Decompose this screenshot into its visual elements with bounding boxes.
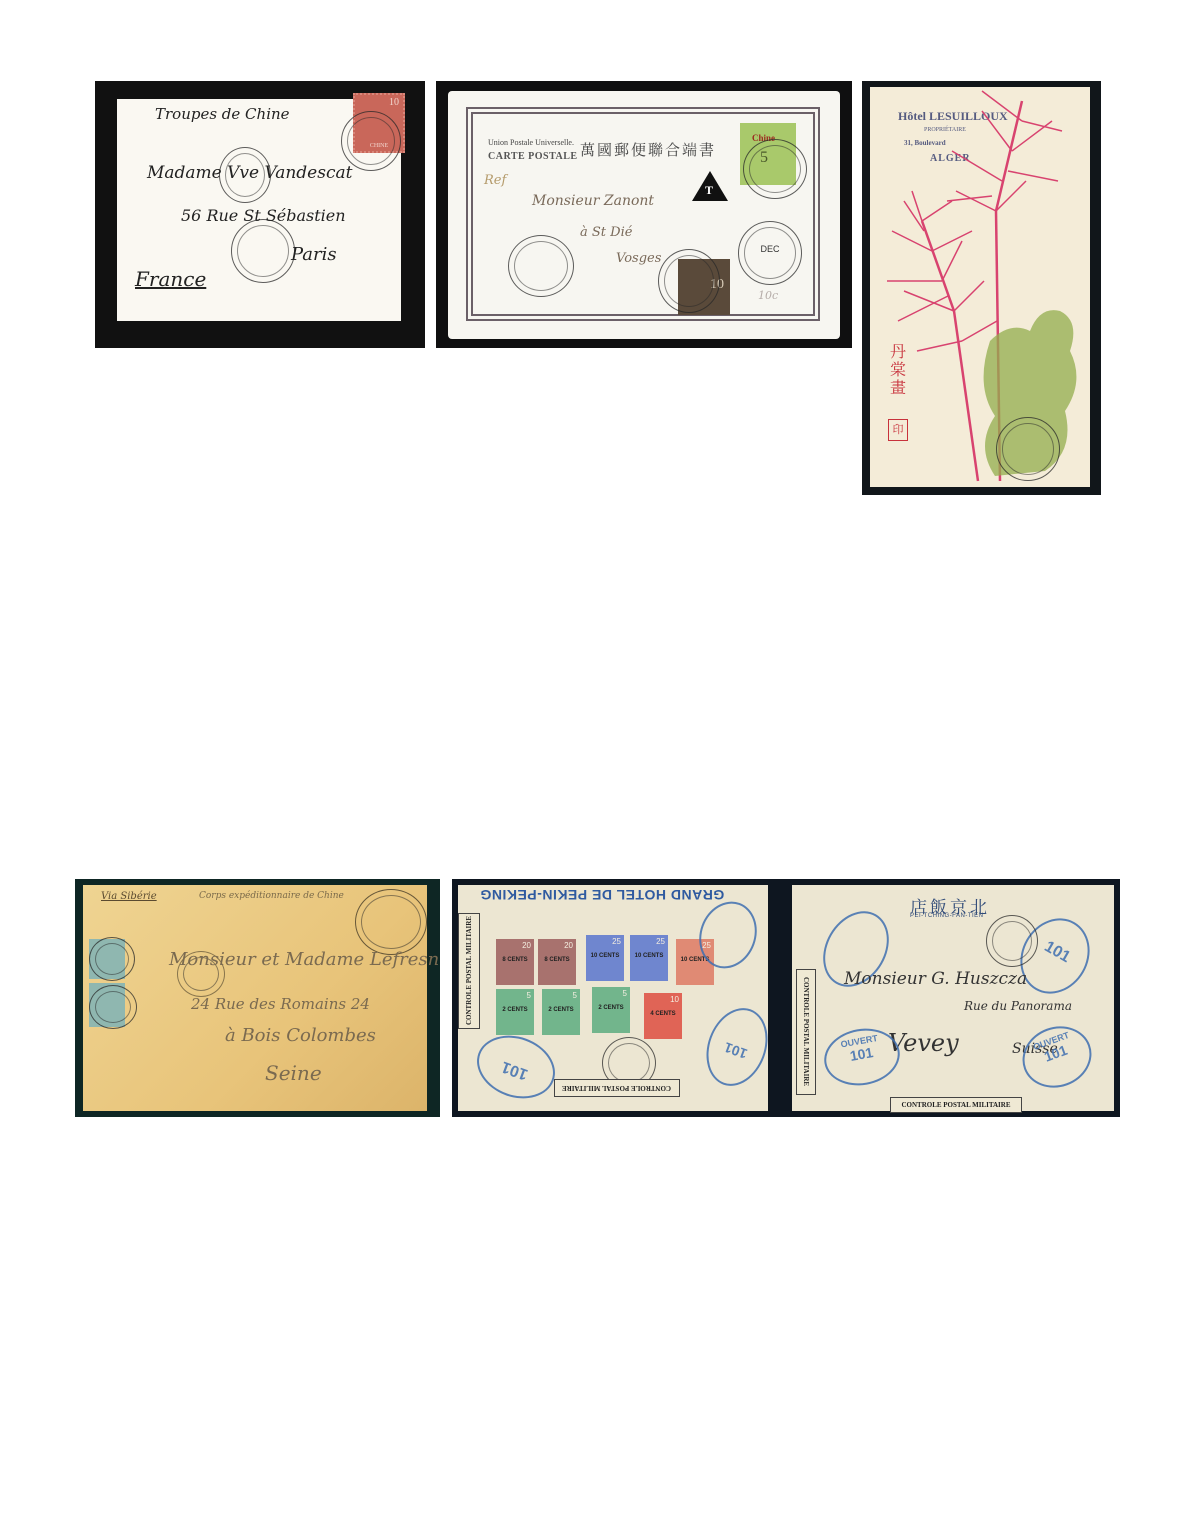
union-text: Union Postale Universelle.: [488, 138, 574, 147]
route-note: Via Sibérie: [101, 891, 157, 902]
hotel-romanized-name: PEI-TCHING-FAN-TIEN: [910, 913, 984, 919]
stamp-block: 208 CENTS208 CENTS2510 CENTS2510 CENTS25…: [496, 939, 726, 1039]
address-line-2: Rue du Panorama: [964, 999, 1072, 1013]
address-line-3: Paris: [291, 244, 337, 265]
photo-siberie-cover: Via Sibérie Corps expéditionnaire de Chi…: [75, 879, 440, 1117]
stamp: 52 CENTS: [542, 989, 580, 1035]
address-line-1: Monsieur G. Huszcza: [844, 969, 1027, 989]
address-line-1: Madame Vve Vandescat: [147, 163, 352, 183]
address-line-3: à Bois Colombes: [225, 1025, 376, 1046]
postmark-st-die: [508, 235, 574, 297]
side-note: Ref: [484, 173, 506, 188]
address-line-3: Vosges: [616, 251, 661, 266]
chinese-title: 萬國郵便聯合端書: [580, 139, 716, 160]
stamp: 2510 CENTS: [630, 935, 668, 981]
censor-label-bottom-front: CONTROLE POSTAL MILITAIRE: [890, 1097, 1022, 1113]
card-title: CARTE POSTALE: [488, 151, 578, 162]
postmark-peking: [986, 915, 1038, 967]
postmark: [355, 889, 427, 955]
stamp: 104 CENTS: [644, 993, 682, 1039]
address-line-2: 24 Rue des Romains 24: [191, 995, 370, 1013]
postmark-st-die-2: [658, 249, 720, 313]
address-line-1: Monsieur et Madame Lefresne: [169, 949, 440, 970]
pencil-note: 10c: [758, 289, 778, 302]
seal: 印: [888, 419, 908, 441]
stamp: 208 CENTS: [538, 939, 576, 985]
stamp: 208 CENTS: [496, 939, 534, 985]
hotel-banner: GRAND HOTEL DE PEKIN-PEKING: [480, 887, 724, 903]
censor-label-front: CONTROLE POSTAL MILITAIRE: [796, 969, 816, 1095]
stamp: 2510 CENTS: [586, 935, 624, 981]
photo-bamboo-cover: Hôtel LESUILLOUX PROPRIÉTAIRE 31, Boulev…: [862, 81, 1101, 495]
header-note: Corps expéditionnaire de Chine: [199, 891, 344, 901]
header-note: Troupes de Chine: [155, 105, 290, 123]
tax-mark: T: [692, 171, 728, 201]
censor-label-bottom: CONTROLE POSTAL MILITAIRE: [554, 1079, 680, 1097]
photo-grand-hotel-covers: GRAND HOTEL DE PEKIN-PEKING CONTROLE POS…: [452, 879, 1120, 1117]
stamp: 52 CENTS: [496, 989, 534, 1035]
censor-label-back: CONTROLE POSTAL MILITAIRE: [458, 913, 480, 1029]
stamp: 52 CENTS: [592, 987, 630, 1033]
postmark-peking-dec: DEC: [738, 221, 802, 285]
country: France: [135, 267, 206, 291]
postmark: [231, 219, 295, 283]
postmark: [341, 111, 401, 171]
signature: 丹棠畫: [890, 343, 906, 397]
address-line-2: à St Dié: [580, 225, 632, 240]
photo-postcard: Union Postale Universelle. CARTE POSTALE…: [436, 81, 852, 348]
postmark: [89, 937, 135, 981]
postmark-marseille: [996, 417, 1060, 481]
photo-mourning-cover: 10 CHINE Troupes de Chine Madame Vve Van…: [95, 81, 425, 348]
postmark-peking: [743, 139, 807, 199]
address-line-4: Seine: [265, 1061, 322, 1085]
postmark: [89, 985, 137, 1029]
address-line-1: Monsieur Zanont: [532, 193, 654, 209]
address-line-2: 56 Rue St Sébastien: [181, 206, 346, 225]
